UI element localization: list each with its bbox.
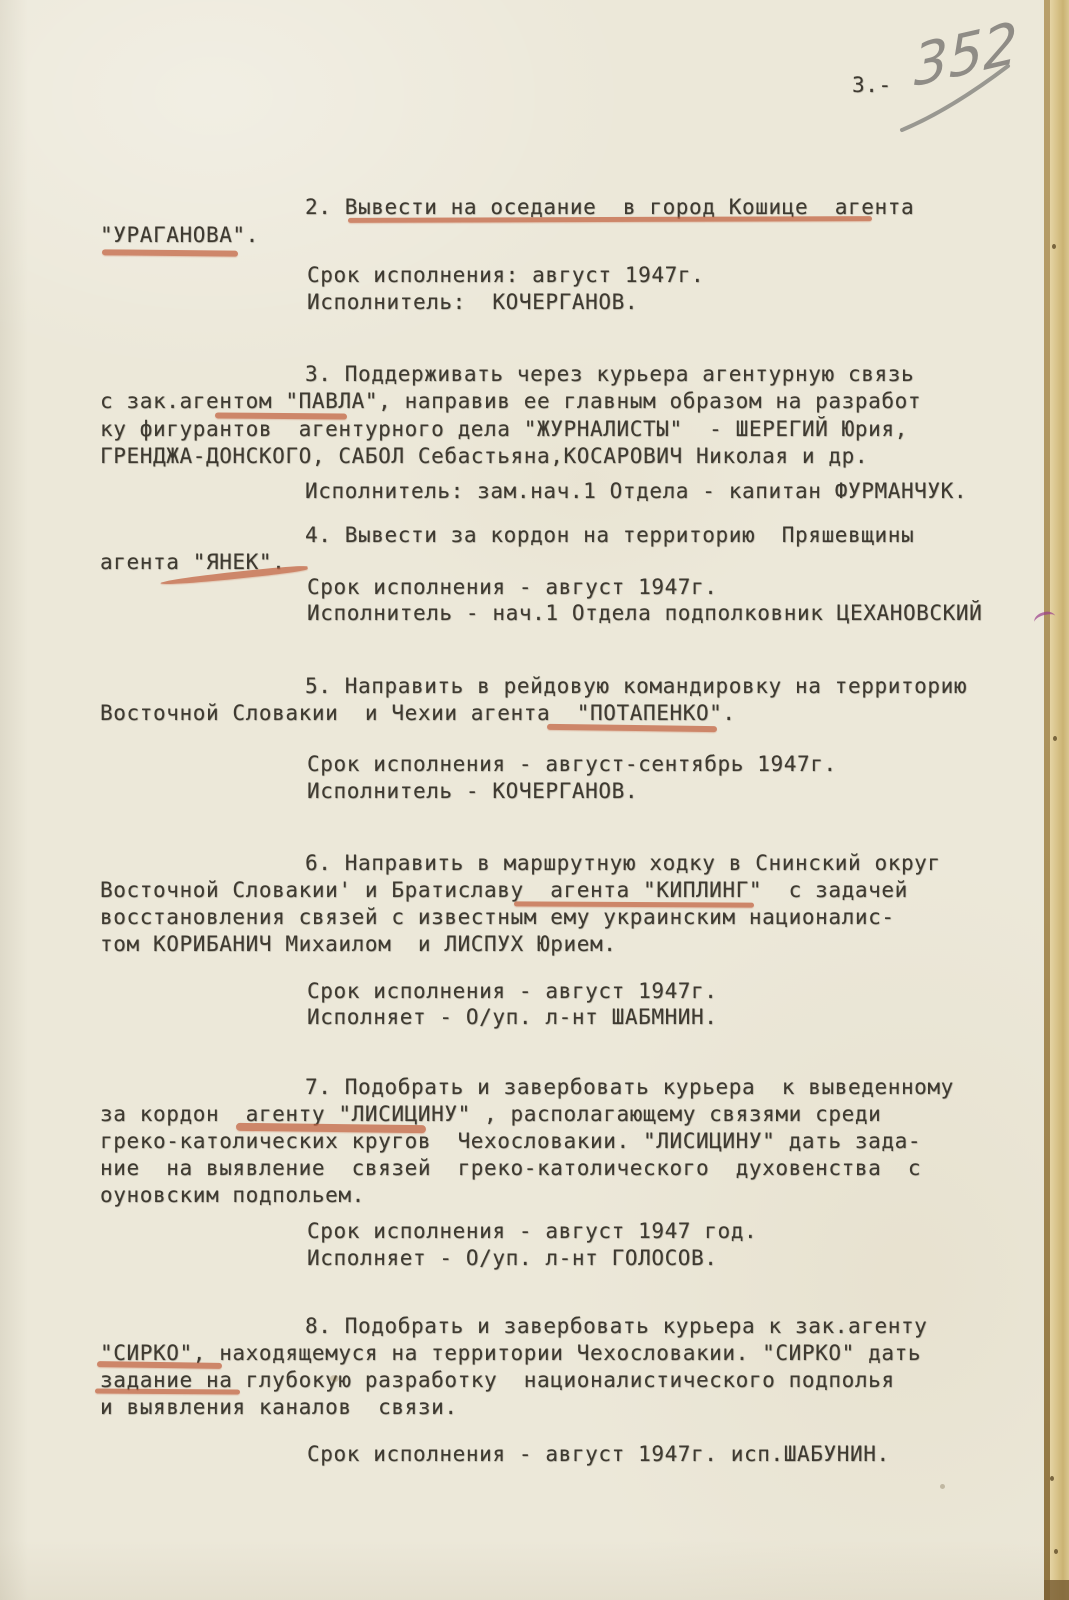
paragraph-5-line-2: Восточной Словакии и Чехии агента "ПОТАП… <box>100 700 736 727</box>
paragraph-5-deadline: Срок исполнения - август-сентябрь 1947г. <box>307 751 837 778</box>
handwritten-page-number: 352 <box>913 18 1018 100</box>
handwritten-page-number-group: 352 <box>880 18 1069 148</box>
paragraph-6-deadline: Срок исполнения - август 1947г. <box>307 978 718 1005</box>
paragraph-2-deadline: Срок исполнения: август 1947г. <box>307 262 704 289</box>
paragraph-4-line-1: 4. Вывести за кордон на территорию Пряше… <box>305 522 914 549</box>
paragraph-7-line-3: греко-католических кругов Чехословакии. … <box>100 1128 921 1155</box>
paragraph-6-line-1: 6. Направить в маршрутную ходку в Снинск… <box>305 850 941 877</box>
scanned-document-page: 3.- 352 2. Вывести на оседание в город К… <box>0 0 1069 1600</box>
paragraph-3-line-1: 3. Поддерживать через курьера агентурную… <box>305 361 914 388</box>
paragraph-3-line-2: с зак.агентом "ПАВЛА", направив ее главн… <box>100 388 921 415</box>
edge-speck <box>1050 1476 1054 1481</box>
paragraph-7-line-2: за кордон агенту "ЛИСИЦИНУ" , располагаю… <box>100 1101 881 1128</box>
paragraph-6-executor: Исполняет - О/уп. л-нт ШАБМНИН. <box>307 1004 718 1031</box>
paragraph-2-agent-name-line: "УРАГАНОВА". <box>100 222 259 249</box>
paragraph-4-deadline: Срок исполнения - август 1947г. <box>307 574 718 601</box>
paragraph-3-line-4: ГРЕНДЖА-ДОНСКОГО, САБОЛ Себастьяна,КОСАР… <box>100 443 868 470</box>
paragraph-8-line-1: 8. Подобрать и завербовать курьера к зак… <box>305 1313 927 1340</box>
paragraph-8-line-4: и выявления каналов связи. <box>100 1394 458 1421</box>
paragraph-5-executor: Исполнитель - КОЧЕРГАНОВ. <box>307 778 638 805</box>
underlying-pages-edge <box>1050 0 1069 1600</box>
red-underline-task2 <box>348 216 872 223</box>
red-underline-uraganova <box>102 249 238 256</box>
paragraph-4-executor: Исполнитель - нач.1 Отдела подполковник … <box>307 600 982 627</box>
paragraph-3-executor: Исполнитель: зам.нач.1 Отдела - капитан … <box>305 478 967 505</box>
paragraph-7-deadline: Срок исполнения - август 1947 год. <box>307 1218 757 1245</box>
paragraph-3-line-3: ку фигурантов агентурного дела "ЖУРНАЛИС… <box>100 416 908 443</box>
paper-stain <box>940 1484 945 1489</box>
paragraph-7-executor: Исполняет - О/уп. л-нт ГОЛОСОВ. <box>307 1245 718 1272</box>
paragraph-7-line-5: оуновским подпольем. <box>100 1182 365 1209</box>
paragraph-5-line-1: 5. Направить в рейдовую командировку на … <box>305 673 967 700</box>
paragraph-2-executor: Исполнитель: КОЧЕРГАНОВ. <box>307 289 638 316</box>
paragraph-6-line-2: Восточной Словакии' и Братиславу агента … <box>100 877 908 904</box>
paragraph-8-deadline-executor: Срок исполнения - август 1947г. исп.ШАБУ… <box>307 1441 890 1468</box>
paragraph-6-line-4: том КОРИБАНИЧ Михаилом и ЛИСПУХ Юрием. <box>100 931 616 958</box>
edge-speck <box>1053 736 1057 741</box>
paragraph-8-line-2: "СИРКО", находящемуся на территории Чехо… <box>100 1340 921 1367</box>
paragraph-6-line-3: восстановления связей с известным ему ук… <box>100 904 895 931</box>
paper-stain <box>330 1375 339 1382</box>
paragraph-7-line-1: 7. Подобрать и завербовать курьера к выв… <box>305 1074 954 1101</box>
edge-speck <box>1054 1549 1058 1554</box>
red-underline-potapenko <box>547 724 717 732</box>
underlying-pages-edge-bottom <box>1044 1580 1069 1600</box>
paragraph-7-line-4: ние на выявление связей греко-католическ… <box>100 1155 921 1182</box>
edge-speck <box>1052 244 1056 249</box>
